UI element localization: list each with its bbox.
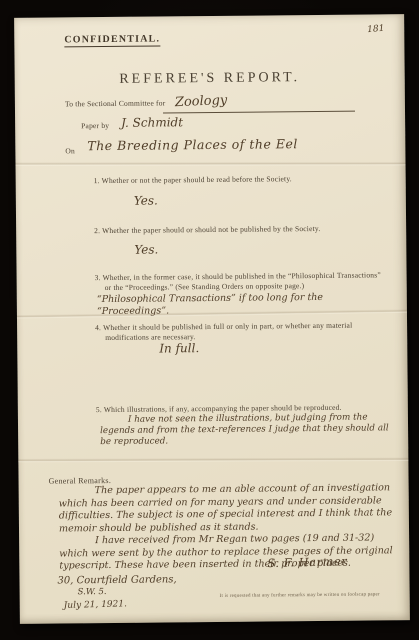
question-3-text: Whether, in the former case, it should b… — [103, 270, 381, 292]
on-label: On — [65, 146, 75, 155]
answer-3-handwriting: “Philosophical Transactions” if too long… — [97, 291, 397, 318]
general-remarks-paragraph-1: The paper appears to me an able account … — [59, 482, 397, 536]
referee-signature: S. F. Harmer — [267, 554, 347, 570]
answer-2-handwriting: Yes. — [134, 243, 158, 258]
question-1-number: 1. — [94, 176, 100, 185]
photo-background: 181 CONFIDENTIAL. REFEREE'S REPORT. To t… — [0, 0, 419, 640]
address-line-2: S.W. 5. — [78, 587, 107, 597]
answer-4-handwriting: In full. — [159, 341, 199, 356]
committee-rule-line — [163, 111, 355, 114]
committee-label: To the Sectional Committee for — [65, 98, 166, 108]
answer-1-handwriting: Yes. — [134, 194, 158, 209]
fold-crease-bottom — [18, 457, 408, 462]
question-2-number: 2. — [94, 226, 100, 235]
document-page: 181 CONFIDENTIAL. REFEREE'S REPORT. To t… — [14, 14, 410, 624]
paper-by-label: Paper by — [81, 121, 109, 130]
question-1: 1. Whether or not the paper should be re… — [94, 173, 386, 186]
address-line-1: 30, Courtfield Gardens, — [57, 574, 176, 586]
paper-title-handwriting: The Breeding Places of the Eel — [87, 136, 298, 153]
question-2: 2. Whether the paper should or should no… — [94, 223, 386, 236]
question-2-text: Whether the paper should or should not b… — [102, 224, 320, 235]
committee-value-handwriting: Zoology — [175, 93, 228, 110]
question-3: 3. Whether, in the former case, it shoul… — [95, 270, 387, 293]
fold-crease-top — [16, 162, 406, 166]
question-4-number: 4. — [95, 323, 101, 332]
question-4-text: Whether it should be published in full o… — [103, 321, 352, 342]
question-5-number: 5. — [96, 405, 102, 414]
answer-5-handwriting: I have not seen the illustrations, but j… — [100, 412, 396, 448]
paper-by-value-handwriting: J. Schmidt — [121, 115, 183, 130]
question-1-text: Whether or not the paper should be read … — [102, 174, 292, 185]
question-4: 4. Whether it should be published in ful… — [95, 320, 387, 343]
foolscap-note: It is requested that any further remarks… — [220, 592, 410, 599]
confidential-stamp: CONFIDENTIAL. — [64, 33, 160, 47]
question-3-number: 3. — [95, 273, 101, 282]
page-title: REFEREE'S REPORT. — [15, 69, 405, 89]
date-handwriting: July 21, 1921. — [64, 599, 127, 611]
pencil-page-number: 181 — [367, 24, 385, 35]
